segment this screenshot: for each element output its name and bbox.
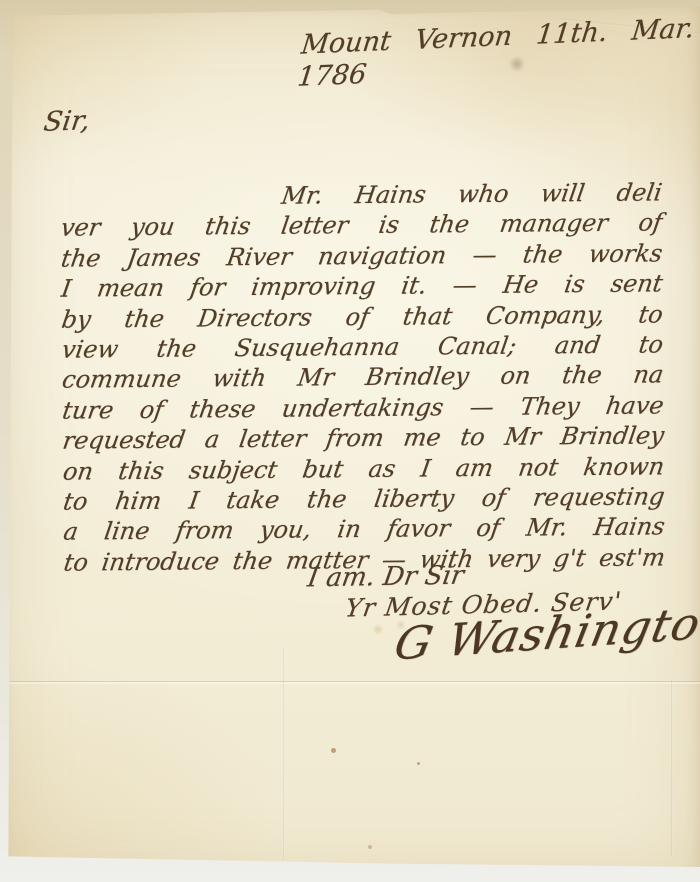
letter-body: Mr. Hains who will deli ver you this let… (60, 179, 664, 579)
age-spot (372, 624, 384, 635)
letter-closing-line: I am. Dr Sir (305, 561, 466, 594)
letter-scan: { "colors": { "paper": "#f3edd6", "ink":… (0, 0, 700, 882)
paper-speck (331, 748, 336, 753)
fold-crease-horizontal (6, 681, 700, 684)
letter-paper: Mount Vernon 11th. Mar. 1786 Sir, Mr. Ha… (0, 0, 700, 882)
paper-speck (417, 762, 420, 765)
letter-dateline: Mount Vernon 11th. Mar. 1786 (292, 13, 696, 126)
fold-crease-vertical-left (283, 648, 285, 860)
letter-salutation: Sir, (42, 105, 92, 138)
paper-speck (368, 845, 372, 849)
fold-crease-vertical-right (671, 680, 673, 856)
